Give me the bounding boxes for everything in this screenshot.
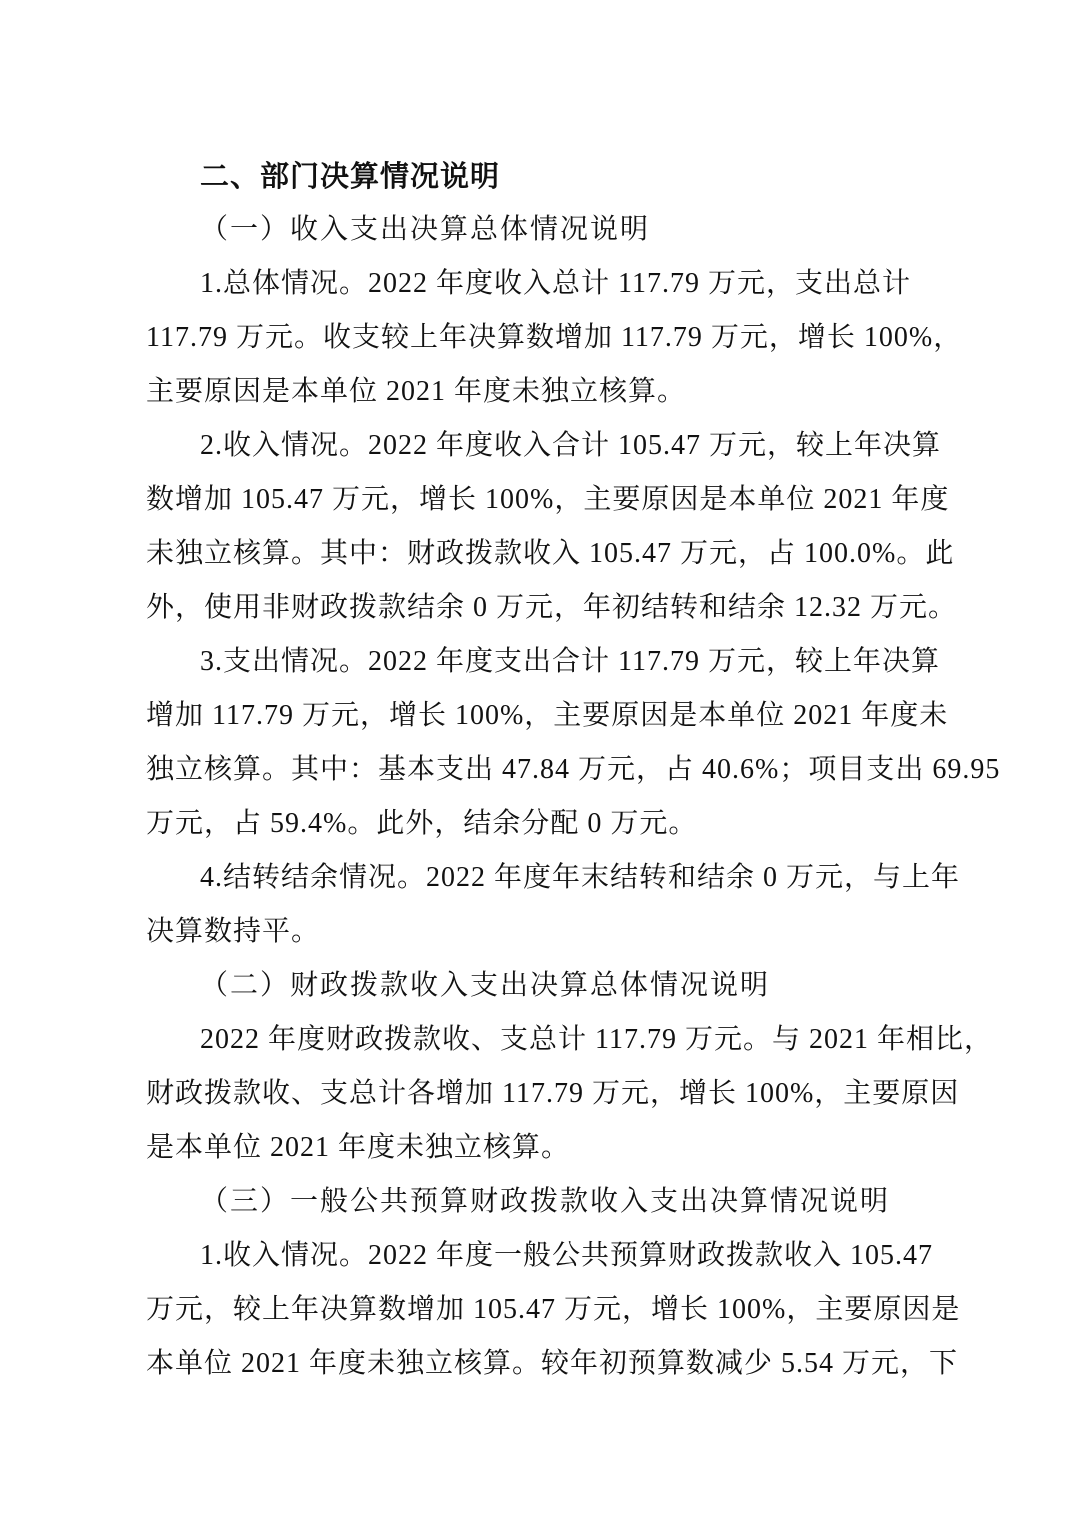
section-heading: 二、部门决算情况说明 [200, 156, 500, 196]
paragraph-line: 数增加 105.47 万元，增长 100%，主要原因是本单位 2021 年度 [146, 480, 946, 520]
paragraph-line: 是本单位 2021 年度未独立核算。 [146, 1128, 946, 1168]
paragraph-line: 万元，占 59.4%。此外，结余分配 0 万元。 [146, 804, 946, 844]
paragraph-line: 1.总体情况。2022 年度收入总计 117.79 万元，支出总计 [200, 264, 1000, 304]
paragraph-line: 2.收入情况。2022 年度收入合计 105.47 万元，较上年决算 [200, 426, 1000, 466]
paragraph-line: 财政拨款收、支总计各增加 117.79 万元，增长 100%，主要原因 [146, 1074, 946, 1114]
paragraph-line: 本单位 2021 年度未独立核算。较年初预算数减少 5.54 万元，下 [146, 1344, 946, 1384]
paragraph-line: 增加 117.79 万元，增长 100%，主要原因是本单位 2021 年度未 [146, 696, 946, 736]
paragraph-line: 独立核算。其中：基本支出 47.84 万元，占 40.6%；项目支出 69.95 [146, 750, 946, 790]
paragraph-line: 4.结转结余情况。2022 年度年末结转和结余 0 万元，与上年 [200, 858, 1000, 898]
paragraph-line: 外，使用非财政拨款结余 0 万元，年初结转和结余 12.32 万元。 [146, 588, 946, 628]
paragraph-line: 1.收入情况。2022 年度一般公共预算财政拨款收入 105.47 [200, 1236, 1000, 1276]
subsection-title-2: （二）财政拨款收入支出决算总体情况说明 [200, 966, 770, 1006]
paragraph-line: 2022 年度财政拨款收、支总计 117.79 万元。与 2021 年相比， [200, 1020, 1000, 1060]
subsection-title-1: （一）收入支出决算总体情况说明 [200, 210, 650, 250]
paragraph-line: 未独立核算。其中：财政拨款收入 105.47 万元，占 100.0%。此 [146, 534, 946, 574]
paragraph-line: 3.支出情况。2022 年度支出合计 117.79 万元，较上年决算 [200, 642, 1000, 682]
paragraph-line: 决算数持平。 [146, 912, 946, 952]
paragraph-line: 117.79 万元。收支较上年决算数增加 117.79 万元，增长 100%， [146, 318, 946, 358]
paragraph-line: 万元，较上年决算数增加 105.47 万元，增长 100%，主要原因是 [146, 1290, 946, 1330]
subsection-title-3: （三）一般公共预算财政拨款收入支出决算情况说明 [200, 1182, 890, 1222]
paragraph-line: 主要原因是本单位 2021 年度未独立核算。 [146, 372, 946, 412]
document-page: 二、部门决算情况说明 （一）收入支出决算总体情况说明 1.总体情况。2022 年… [0, 0, 1074, 1520]
